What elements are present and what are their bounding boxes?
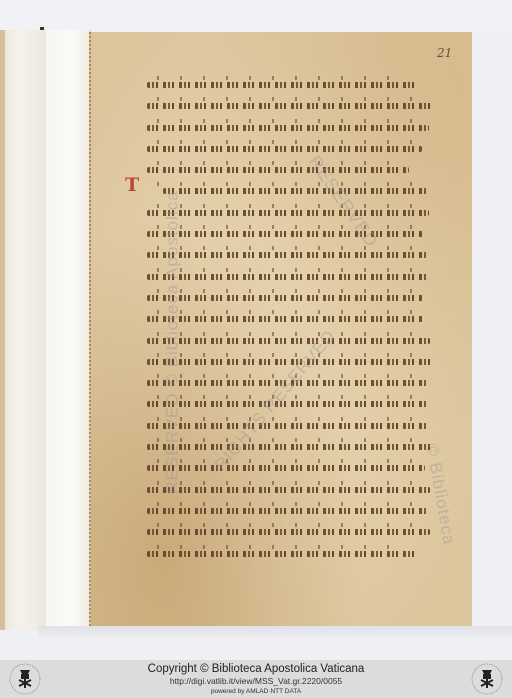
diacritic-marks [157,310,413,314]
manuscript-line: T [147,180,437,201]
manuscript-line [147,500,437,521]
manuscript-page[interactable]: 21 T RESERVED © Biblioteca Apostolica RE… [89,32,472,626]
binding-stub-left [0,30,47,630]
diacritic-marks [157,268,418,272]
handwriting-stroke [147,508,427,514]
diacritic-marks [157,97,425,101]
diacritic-marks [157,204,419,208]
handwriting-stroke [147,210,429,216]
diacritic-marks [157,417,418,421]
diacritic-marks [157,119,419,123]
handwriting-stroke [147,295,423,301]
manuscript-line [147,202,437,223]
manuscript-line [147,244,437,265]
diacritic-marks [157,182,417,186]
handwriting-stroke [147,274,428,280]
handwriting-stroke [147,423,428,429]
diacritic-marks [157,545,407,549]
manuscript-line [147,543,437,564]
watermark-left: RESERVED © Biblioteca Apostolica [163,190,183,493]
diacritic-marks [157,76,407,80]
handwriting-stroke [147,146,422,152]
handwriting-stroke [147,252,427,258]
manuscript-line [147,74,437,95]
manuscript-line [147,393,437,414]
handwriting-stroke [147,551,417,557]
diacritic-marks [157,161,399,165]
manuscript-line [147,330,437,351]
handwriting-stroke [147,359,433,365]
binding-stub-right [46,30,91,626]
manuscript-text-block: T [147,74,437,564]
manuscript-line [147,479,437,500]
page-shadow [38,626,512,660]
handwriting-stroke [147,103,435,109]
manuscript-line [147,138,437,159]
powered-by-text: powered by AMLAD·NTT DATA [0,687,512,696]
handwriting-stroke [147,487,430,493]
diacritic-marks [157,438,421,442]
manuscript-line [147,436,437,457]
manuscript-line [147,521,437,542]
handwriting-stroke [147,465,425,471]
diacritic-marks [157,140,412,144]
manuscript-line [147,95,437,116]
manuscript-line [147,457,437,478]
diacritic-marks [157,481,420,485]
handwriting-stroke [147,444,431,450]
handwriting-stroke [147,82,417,88]
manuscript-url-link[interactable]: http://digi.vatlib.it/view/MSS_Vat.gr.22… [0,676,512,687]
manuscript-line [147,223,437,244]
manuscript-viewer[interactable]: 21 T RESERVED © Biblioteca Apostolica RE… [0,0,512,660]
binding-edge [0,30,5,630]
diacritic-marks [157,459,415,463]
copyright-text: Copyright © Biblioteca Apostolica Vatica… [0,660,512,676]
handwriting-stroke [147,231,423,237]
manuscript-line [147,415,437,436]
manuscript-line [147,159,437,180]
handwriting-stroke [147,167,409,173]
viewer-top-margin [0,0,512,30]
vatican-library-logo-icon [8,662,42,696]
manuscript-line [147,287,437,308]
handwriting-stroke [163,188,427,194]
manuscript-line [147,266,437,287]
manuscript-line [147,308,437,329]
diacritic-marks [157,246,417,250]
vatican-library-logo-icon [470,662,504,696]
diacritic-marks [157,332,420,336]
handwriting-stroke [147,529,430,535]
handwriting-stroke [147,316,423,322]
diacritic-marks [157,289,413,293]
rubricated-initial: T [125,174,139,196]
handwriting-stroke [147,125,429,131]
handwriting-stroke [147,338,430,344]
folio-number: 21 [437,46,452,60]
diacritic-marks [157,502,417,506]
copyright-footer: Copyright © Biblioteca Apostolica Vatica… [0,660,512,698]
manuscript-line [147,117,437,138]
diacritic-marks [157,523,420,527]
diacritic-marks [157,353,423,357]
